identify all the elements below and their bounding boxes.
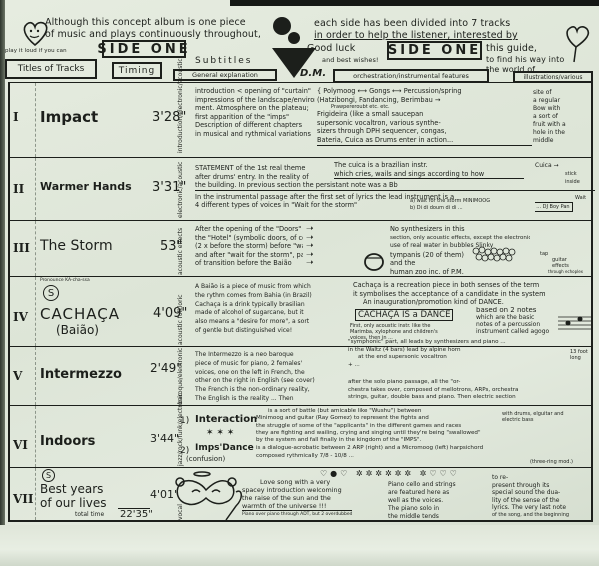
illus-line: long [570,355,599,361]
track-roman: I [13,110,19,124]
illus-line: Bow with [533,105,593,113]
track-roman: IV [13,310,28,324]
track-description: introduction < opening of "curtain" impr… [195,87,315,139]
part-interaction: Interaction [195,414,257,425]
track-illustration: Cuica → stick inside Wait for the ... DJ… [535,162,595,212]
track-timing: 3'44" [150,432,179,445]
desc-line: The Intermezzo is a neo baroque [195,351,315,360]
header-timing: Timing [112,62,162,79]
track-number-cell [10,406,36,467]
track-title: Intermezzo [40,367,122,382]
side-notes: with drums, elguitar and electric bass [502,411,592,423]
music-staff-icon [558,311,592,335]
orch-line: it symbolises the acceptance of a candid… [353,290,593,299]
track-roman: VII [13,492,34,506]
orch-line: Cachaça is a recreation piece in both se… [353,281,593,290]
desc-line: in musical and rythmical variations [195,130,315,139]
track-roman: VI [13,438,28,452]
orch-line: at the end supersonic vocaltron [348,354,548,362]
orch-line: based on 2 notes [476,307,556,314]
desc-line: piece of music for piano, 2 females' [195,360,315,369]
orch-line: lyrics. The very last note [492,504,592,512]
single-badge-icon: S [43,285,59,301]
track-orchestration: The cuica is a brazilian instr. which cr… [334,161,524,179]
orch-line: { Polymoog ⟷ Gongs ⟷ Percussion/spring [317,87,532,96]
desc-line: of transition before the Baião [195,259,303,268]
track-roman: II [13,182,24,196]
header-titles-of-tracks: Titles of Tracks [5,59,97,79]
header-orchestration: orchestration/instrumental features [333,69,489,83]
track-row-cachaca: Pronounce KA-cha-ssa S IV CACHAÇA (Baião… [10,276,591,346]
desc-line: Description of different chapters [195,121,315,130]
track-illustration: site of a regular Bow with a sort of fru… [533,89,593,145]
bear-heart-illustration [170,470,250,522]
track-row-best-years: S VII Best years of our lives total time… [10,467,591,522]
illus-line: Cuica → [535,162,595,170]
track-roman: III [13,241,30,255]
orch-line: well as the voices. [388,497,468,505]
orch-line: supersonic vocaltron, various synthe- [317,119,532,128]
orch-line: section, only acoustic effects, except t… [390,234,530,243]
track-orchestration: { Polymoog ⟷ Gongs ⟷ Percussion/spring (… [317,87,532,146]
page-top-shadow [230,0,599,6]
orch-line: Bateria, Cuica as Drums enter in action.… [317,136,532,146]
lightning-arrows-icon: ➝➝➝➝➝ [306,225,314,268]
header-subtitles: Subtitles [195,56,252,67]
single-badge-icon: S [42,469,55,482]
track-vertical-note: electronic/acoustic [177,162,184,218]
orch-line: the middle tends [388,513,468,521]
orch-line: after the solo piano passage, all the "o… [348,379,593,387]
side-one-label-left: SIDE ONE [102,40,186,58]
dancing-figures-icon: ✶ ✶ ✶ [206,428,234,438]
bubbles-illustration [470,243,520,265]
track-description: A Baião is a piece of music from which t… [195,283,315,336]
part-imps-dance: Imps'Dance [195,443,254,453]
orch-line: chestra takes over, composed of mellotro… [348,387,593,395]
orch-line: present through its [492,482,592,490]
track-row-intermezzo: V Intermezzo 2'49" baroque/electronic Th… [10,346,591,405]
track-orchestration: Piano cello and strings are featured her… [388,481,468,521]
desc-line: ment. Atmosphere on the plateau; [195,104,315,113]
illus-line: fruit with a [533,121,593,129]
track-title-line2: of our lives [40,496,106,510]
orch-line: notes of a percussion [476,321,556,328]
page-edge-shadow [0,0,5,566]
track-table: I Impact 3'28" introduction/electronic/a… [8,82,593,522]
desc-line: Piano over piano through ADT, but 2 over… [242,511,352,519]
desc-line: spacey introduction welcoming [242,486,352,494]
track-title: Impact [40,108,98,126]
desc-line: other on the right in English (see cover… [195,377,315,386]
track-row-impact: I Impact 3'28" introduction/electronic/a… [10,82,591,157]
illus-line: hole in the [533,129,593,137]
desc-line: (2 x before the storm) before "wait"... [195,242,303,251]
track-subtitle: (Baião) [56,323,99,337]
orch-line: instrument called agogo [476,328,556,335]
desc-line: introduction < opening of "curtain" [195,87,315,96]
track-illustration: tap guitar effects through echoplex [540,251,599,275]
desc-line: is a dialogue-acrobatic between 2 ARP (r… [256,444,593,452]
pronunciation-note: Pronounce KA-cha-ssa [40,278,90,283]
track-orchestration-2: after the solo piano passage, all the "o… [348,379,593,402]
orch-line: in the Waltz (4 bars) lead by alpine hor… [348,347,548,355]
illus-line: inside [535,178,595,186]
orch-line: (Hatzibongi, Fandancing, Berimbau → [317,96,532,105]
track-orchestration-notes: based on 2 notes which are the basic not… [476,307,556,335]
tympani-drum-icon [362,249,386,273]
track-roman: V [13,369,22,383]
track-title: Indoors [40,434,95,449]
scanned-page: Although this concept album is one piece… [0,0,599,566]
part-confusion: (confusion) [186,455,225,463]
track-vertical-note: introduction/electronic/acoustic [177,89,184,153]
orch-line: The cuica is a brazilian instr. [334,161,524,170]
desc-line: Cachaça is a drink typically brasilian [195,301,315,310]
desc-line: Love song with a very [242,478,352,486]
orch-line: which are the basic [476,314,556,321]
orch-line: of the song, and the beginning [492,512,592,520]
hearts-suns-doodle-icon: ♡●♡ ✲✲✲✲✲✲ ✲♡♡♡ [320,469,460,478]
desc-line: the raise of the sun and the [242,494,352,502]
orch-line: No synthesizers in this [390,225,530,234]
desc-line: also means a "desire for more", a sort [195,318,315,327]
orch-line: are featured here as [388,489,468,497]
intro-right-3: this guide, [486,43,537,54]
illus-line: for the ... DJ Boy Pan [535,202,573,212]
illus-line: a regular [533,97,593,105]
orch-line: sizers through DPH sequencer, congas, [317,127,532,136]
total-time-value: 22'35" [120,509,153,520]
intro-line-2: of music and plays continuously througho… [45,29,261,40]
desc-line: the struggle of some of the "applicants"… [256,423,593,430]
side-note-line: electric bass [502,417,592,423]
intro-right-2: in order to help the listener, intereste… [314,30,518,41]
track-row-indoors: VI Indoors 3'44" jazz/rock/funk/electron… [10,405,591,467]
orch-line: to re- [492,474,592,482]
heart-doodle-icon [562,22,592,66]
track-description: After the opening of the "Doors" of the … [195,225,303,268]
desc-line: by the system and fall finally in the ki… [256,437,593,444]
illus-line: middle [533,137,593,145]
orch-line: An inauguration/promotion kind of DANCE. [353,298,593,307]
desc-line: the rythm comes from Bahia (in Brazil) [195,292,315,301]
orch-line: strings, guitar, double bass and piano. … [348,394,593,402]
desc-line: the "Hotel" (symbolic doors, of course) [195,234,303,243]
orch-line: + ... [348,362,548,370]
track-illustration: 13 foot long [570,349,599,361]
intro-right-1: each side has been divided into 7 tracks [314,18,510,29]
desc-line: The English is the reality ... Then [195,395,315,404]
illus-line: stick [535,170,595,178]
orch-line: The piano solo in [388,505,468,513]
orch-line: Piano cello and strings [388,481,468,489]
desc-line: first apparition of the "imps" [195,113,315,122]
track-vertical-note: acoustic folkloric [177,279,184,345]
desc-line: and after "wait for the storm", passage [195,251,303,260]
illus-line: through echoplex [540,269,599,275]
intro-line-1: Although this concept album is one piece [45,17,246,28]
orch-line: "symphonic" part, all leads by synthesiz… [348,339,548,347]
track-description: The Intermezzo is a neo baroque piece of… [195,351,315,404]
track-title: Best years [40,482,103,496]
desc-line: A Baião is a piece of music from which [195,283,315,292]
side-one-label-right: SIDE ONE [387,41,482,60]
track-title: Warmer Hands [40,180,132,193]
track-row-warmer-hands: II Warmer Hands 3'31" electronic/acousti… [10,157,591,220]
desc-line: impressions of the landscape/environ- [195,96,315,105]
orch-line: special sound the dua- [492,489,592,497]
illus-line: a sort of [533,113,593,121]
orch-line: lity of the sense of the [492,497,592,505]
desc-line: voices, one on the left in French, the [195,369,315,378]
track-orchestration: Cachaça is a recreation piece in both se… [353,281,593,307]
track-description: Love song with a very spacey introductio… [242,478,352,519]
signature: D.M. [300,68,326,79]
track-title: CACHAÇA [40,305,120,323]
track-row-the-storm: III The Storm 53" acoustic effects After… [10,220,591,276]
total-time-label: total time [75,511,104,518]
cachaca-dance-highlight: CACHAÇA IS a DANCE [355,309,453,321]
good-luck-text: Good luck [307,43,355,54]
storm-notes: a) wait for the storm MINIMOOG b) Di di … [410,198,540,211]
desc-line: After the opening of the "Doors" of [195,225,303,234]
track-orchestration-2: to re- present through its special sound… [492,474,592,520]
best-wishes-text: and best wishes! [322,55,379,66]
illus-line: site of [533,89,593,97]
track-vertical-note: acoustic effects [177,225,184,275]
desc-line: they are fighting and wailing, crying an… [256,430,593,437]
header-general-explanation: General explanation [173,69,277,81]
desc-line: of gentle but distinguished vice! [195,327,315,336]
side-note-ring-mod: (three-ring mod.) [530,458,592,467]
desc-line: made of alcohol of sugarcane, but it [195,309,315,318]
track-title: The Storm [40,238,113,254]
track-orchestration: "symphonic" part, all leads by synthesiz… [348,339,548,369]
desc-line: warmth of the universe !!! [242,502,352,511]
illus-line: Wait [535,186,595,202]
play-loud-note: play it loud if you can [5,46,67,57]
storm-note-line: b) Di di doum di di ... [410,205,540,212]
desc-line: The French is the non-ordinary reality, [195,386,315,395]
part-number: 1) [180,416,189,426]
orch-line: which cries, wails and sings according t… [334,170,524,180]
page-fold-shadow [0,525,599,566]
orch-line: Frigideira (like a small saucepan [317,110,532,119]
